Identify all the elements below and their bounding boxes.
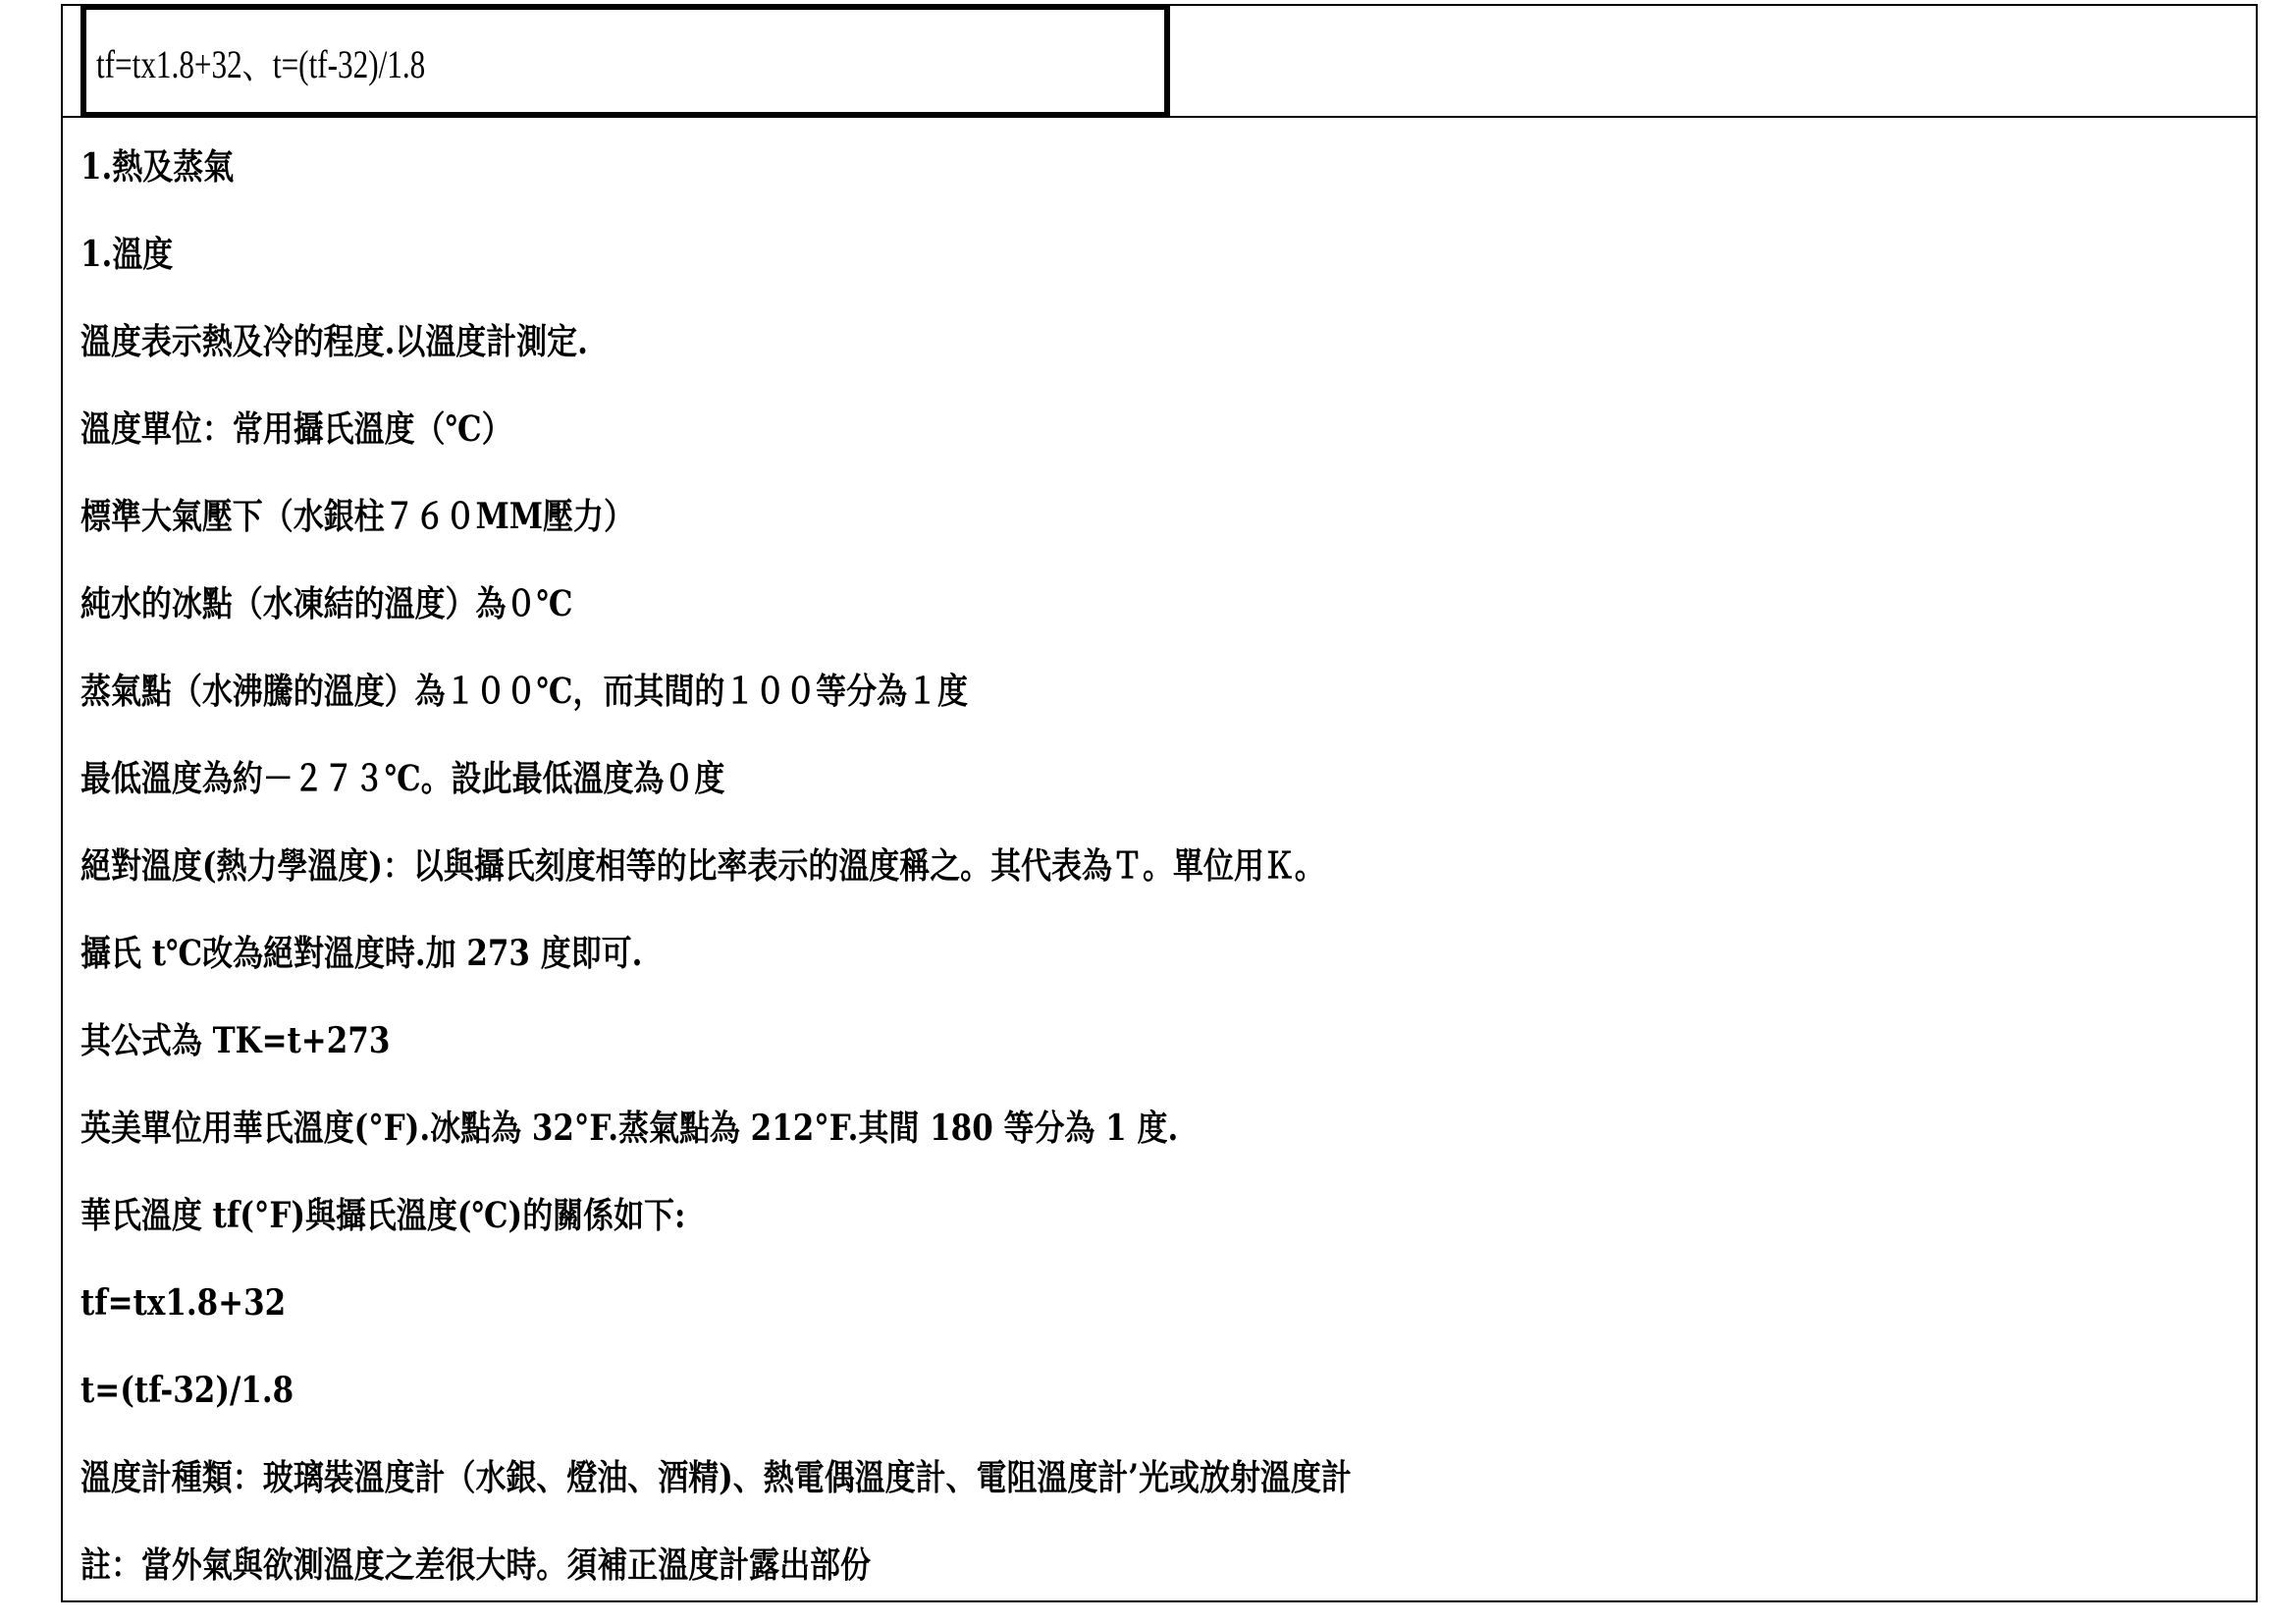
text-line: 蒸氣點（水沸騰的溫度）為１００℃，而其間的１００等分為１度 — [80, 662, 968, 721]
subsection-heading: 1.溫度 — [80, 225, 173, 284]
text-line: 英美單位用華氏溫度(°F).冰點為 32°F.蒸氣點為 212°F.其間 180… — [80, 1099, 1178, 1158]
text-line: 溫度計種類：玻璃裝溫度計（水銀、燈油、酒精)、熱電偶溫度計、電阻溫度計’光或放射… — [80, 1448, 1352, 1507]
text-line: 絕對溫度(熱力學溫度)：以與攝氏刻度相等的比率表示的溫度稱之。其代表為Ｔ。單位用… — [80, 837, 1325, 895]
formula-line: t=(tf-32)/1.8 — [80, 1361, 294, 1420]
section-heading: 1.熱及蒸氣 — [80, 137, 234, 196]
text-line: 攝氏 t℃改為絕對溫度時.加 273 度即可. — [80, 924, 642, 983]
header-row: tf=tx1.8+32、t=(tf-32)/1.8 — [63, 6, 2256, 118]
text-line: 華氏溫度 tf(°F)與攝氏溫度(℃)的關係如下: — [80, 1186, 685, 1245]
text-line: 溫度表示熱及冷的程度.以溫度計測定. — [80, 312, 588, 371]
formula-line: tf=tx1.8+32 — [80, 1273, 286, 1332]
note-line: 註：當外氣與欲測溫度之差很大時。須補正溫度計露出部份 — [80, 1536, 871, 1595]
text-line: 標準大氣壓下（水銀柱７６０MM壓力） — [80, 487, 634, 546]
document-page-frame: tf=tx1.8+32、t=(tf-32)/1.8 1.熱及蒸氣 1.溫度 溫度… — [61, 4, 2258, 1602]
text-line: 純水的冰點（水凍結的溫度）為０℃ — [80, 574, 573, 633]
text-line: 溫度單位：常用攝氏溫度（℃） — [80, 400, 512, 459]
formula-box: tf=tx1.8+32、t=(tf-32)/1.8 — [80, 4, 1170, 118]
formula-line: 其公式為 TK=t+273 — [80, 1011, 390, 1070]
text-line: 最低溫度為約－２７３℃。設此最低溫度為０度 — [80, 749, 724, 808]
formula-text: tf=tx1.8+32、t=(tf-32)/1.8 — [96, 33, 425, 89]
